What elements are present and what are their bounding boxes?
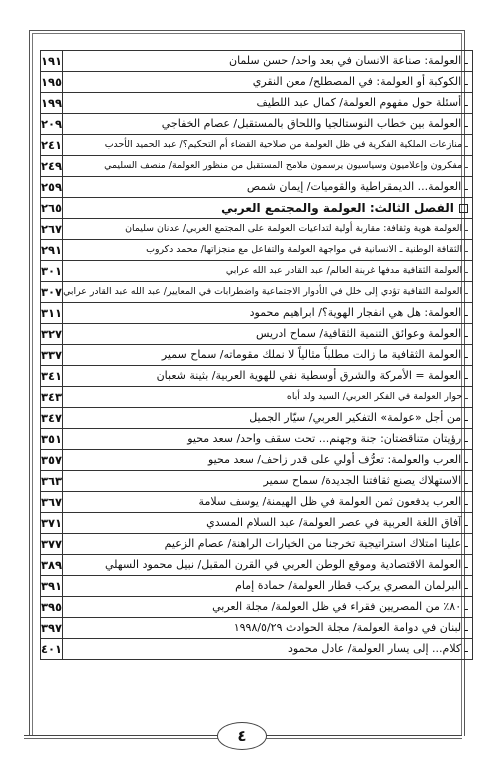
toc-entry-text: ـ حوار العولمة في الفكر العربي/ السيد ول…	[287, 391, 468, 402]
toc-entry-page: ١٩٥	[41, 72, 63, 93]
toc-entry-title: ـ البرلمان المصري يركب قطار العولمة/ حما…	[63, 576, 473, 597]
toc-entry-text: ـ العولمة: صناعة الانسان في بعد واحد/ حس…	[229, 54, 468, 67]
toc-entry-title: ـ أسئلة حول مفهوم العولمة/ كمال عبد اللط…	[63, 93, 473, 114]
toc-entry-page: ٢٠٩	[41, 114, 63, 135]
toc-entry-title: ـ العولمة وعوائق التنمية الثقافية/ سماح …	[63, 324, 473, 345]
toc-entry-title: ـ الثقافة الوطنية ـ الانسانية في مواجهة …	[63, 240, 473, 261]
toc-row: ـ آفاق اللغة العربية في عصر العولمة/ عبد…	[41, 513, 473, 534]
toc-row: ـ العولمة بين خطاب النوستالجيا واللحاق ب…	[41, 114, 473, 135]
toc-entry-page: ٣٣٧	[41, 345, 63, 366]
toc-row: ـ الثقافة الوطنية ـ الانسانية في مواجهة …	[41, 240, 473, 261]
toc-entry-page: ٤٠١	[41, 639, 63, 660]
toc-entry-text: ـ رؤيتان متناقضتان: جنة وجهنم... تحت سقف…	[187, 432, 468, 445]
toc-entry-title: الفصل الثالث: العولمة والمجتمع العربي	[63, 198, 473, 219]
toc-entry-title: ـ علينا امتلاك استراتيجية تخرجنا من الخي…	[63, 534, 473, 555]
toc-entry-title: ـ رؤيتان متناقضتان: جنة وجهنم... تحت سقف…	[63, 429, 473, 450]
toc-row: ـ رؤيتان متناقضتان: جنة وجهنم... تحت سقف…	[41, 429, 473, 450]
toc-row: ـ العرب والعولمة: تعرُّف أولي على قدر زا…	[41, 450, 473, 471]
toc-entry-page: ٣٦٣	[41, 471, 63, 492]
toc-entry-text: ـ الكوكبة أو العولمة: في المصطلح/ معن ال…	[253, 75, 468, 88]
toc-entry-text: ـ العولمة وعوائق التنمية الثقافية/ سماح …	[256, 327, 468, 340]
toc-entry-page: ٣٤١	[41, 366, 63, 387]
toc-entry-title: ـ كلام... إلى يسار العولمة/ عادل محمود	[63, 639, 473, 660]
toc-entry-page: ٣٧٧	[41, 534, 63, 555]
toc-entry-title: ـ العرب والعولمة: تعرُّف أولي على قدر زا…	[63, 450, 473, 471]
toc-row: ـ العولمة الثقافية ما زالت مطلباً مثاليا…	[41, 345, 473, 366]
toc-entry-text: ـ العولمة الاقتصادية وموقع الوطن العربي …	[105, 558, 468, 571]
toc-row: ـ العولمة الثقافية تؤدي إلى خلل في الأدو…	[41, 282, 473, 303]
toc-row: ـ العولمة... الديمقراطية والقوميات/ إيما…	[41, 177, 473, 198]
toc-entry-text: ـ العولمة بين خطاب النوستالجيا واللحاق ب…	[162, 117, 468, 130]
toc-entry-page: ٣٥١	[41, 429, 63, 450]
toc-entry-title: ـ لبنان في دوامة العولمة/ مجلة الحوادث ١…	[63, 618, 473, 639]
toc-row: ـ من أجل «عولمة» التفكير العربي/ سيّار ا…	[41, 408, 473, 429]
toc-entry-page: ٣٩٧	[41, 618, 63, 639]
toc-entry-text: الفصل الثالث: العولمة والمجتمع العربي	[221, 201, 454, 215]
square-bullet-icon	[459, 204, 468, 213]
toc-row: ـ منازعات الملكية الفكرية في ظل العولمة …	[41, 135, 473, 156]
toc-entry-page: ٣٩١	[41, 576, 63, 597]
toc-row: ـ ٨٠٪ من المصريين فقراء في ظل العولمة/ م…	[41, 597, 473, 618]
toc-entry-page: ٣٨٩	[41, 555, 63, 576]
toc-row: ـ العولمة الاقتصادية وموقع الوطن العربي …	[41, 555, 473, 576]
toc-entry-page: ٣١١	[41, 303, 63, 324]
toc-entry-page: ٢٤٩	[41, 156, 63, 177]
toc-entry-text: ـ لبنان في دوامة العولمة/ مجلة الحوادث ١…	[234, 621, 468, 634]
toc-row: ـ كلام... إلى يسار العولمة/ عادل محمود٤٠…	[41, 639, 473, 660]
toc-entry-text: ـ الثقافة الوطنية ـ الانسانية في مواجهة …	[146, 244, 468, 255]
toc-entry-text: ـ ٨٠٪ من المصريين فقراء في ظل العولمة/ م…	[212, 600, 468, 613]
toc-row: ـ علينا امتلاك استراتيجية تخرجنا من الخي…	[41, 534, 473, 555]
toc-row: ـ حوار العولمة في الفكر العربي/ السيد ول…	[41, 387, 473, 408]
toc-entry-page: ٣٦٧	[41, 492, 63, 513]
toc-entry-page: ٣٠٧	[41, 282, 63, 303]
toc-entry-page: ١٩١	[41, 51, 63, 72]
toc-entry-text: ـ من أجل «عولمة» التفكير العربي/ سيّار ا…	[249, 411, 468, 424]
toc-row: ـ مفكرون وإعلاميون وسياسيون يرسمون ملامح…	[41, 156, 473, 177]
toc-entry-text: ـ العرب يدفعون ثمن العولمة في ظل الهيمنة…	[199, 495, 468, 508]
toc-entry-title: ـ العولمة هوية وثقافة: مقاربة أولية لتدا…	[63, 219, 473, 240]
toc-entry-text: ـ العولمة الثقافية ما زالت مطلباً مثاليا…	[162, 348, 468, 361]
toc-entry-page: ٣٩٥	[41, 597, 63, 618]
toc-row: ـ العولمة: صناعة الانسان في بعد واحد/ حس…	[41, 51, 473, 72]
toc-entry-page: ١٩٩	[41, 93, 63, 114]
toc-entry-title: ـ مفكرون وإعلاميون وسياسيون يرسمون ملامح…	[63, 156, 473, 177]
toc-entry-page: ٢٥٩	[41, 177, 63, 198]
toc-entry-text: ـ كلام... إلى يسار العولمة/ عادل محمود	[288, 642, 468, 655]
toc-entry-page: ٣٢٧	[41, 324, 63, 345]
toc-entry-text: ـ منازعات الملكية الفكرية في ظل العولمة …	[105, 139, 468, 150]
toc-entry-title: ـ الاستهلاك يصنع ثقافتنا الجديدة/ سماح س…	[63, 471, 473, 492]
toc-entry-text: ـ البرلمان المصري يركب قطار العولمة/ حما…	[235, 579, 468, 592]
toc-entry-title: ـ الكوكبة أو العولمة: في المصطلح/ معن ال…	[63, 72, 473, 93]
toc-entry-title: ـ العولمة الاقتصادية وموقع الوطن العربي …	[63, 555, 473, 576]
toc-entry-text: ـ العولمة هوية وثقافة: مقاربة أولية لتدا…	[125, 223, 468, 234]
toc-entry-title: ـ آفاق اللغة العربية في عصر العولمة/ عبد…	[63, 513, 473, 534]
toc-entry-text: ـ مفكرون وإعلاميون وسياسيون يرسمون ملامح…	[104, 160, 468, 171]
toc-row: ـ العولمة وعوائق التنمية الثقافية/ سماح …	[41, 324, 473, 345]
toc-entry-text: ـ علينا امتلاك استراتيجية تخرجنا من الخي…	[165, 537, 468, 550]
toc-entry-page: ٣٤٧	[41, 408, 63, 429]
toc-entry-page: ٢٦٥	[41, 198, 63, 219]
toc-entry-text: ـ أسئلة حول مفهوم العولمة/ كمال عبد اللط…	[256, 96, 467, 109]
toc-entry-page: ٢٦٧	[41, 219, 63, 240]
toc-entry-text: ـ العولمة... الديمقراطية والقوميات/ إيما…	[247, 180, 468, 193]
toc-row: ـ الاستهلاك يصنع ثقافتنا الجديدة/ سماح س…	[41, 471, 473, 492]
toc-entry-title: ـ العرب يدفعون ثمن العولمة في ظل الهيمنة…	[63, 492, 473, 513]
toc-entry-title: ـ العولمة: هل هي انفجار الهوية؟/ ابراهيم…	[63, 303, 473, 324]
table-of-contents: ـ العولمة: صناعة الانسان في بعد واحد/ حس…	[40, 50, 473, 660]
toc-entry-title: ـ العولمة الثقافية تؤدي إلى خلل في الأدو…	[63, 282, 473, 303]
toc-entry-title: ـ ٨٠٪ من المصريين فقراء في ظل العولمة/ م…	[63, 597, 473, 618]
toc-entry-title: ـ منازعات الملكية الفكرية في ظل العولمة …	[63, 135, 473, 156]
toc-entry-title: ـ العولمة: صناعة الانسان في بعد واحد/ حس…	[63, 51, 473, 72]
toc-row: ـ أسئلة حول مفهوم العولمة/ كمال عبد اللط…	[41, 93, 473, 114]
toc-row: ـ الكوكبة أو العولمة: في المصطلح/ معن ال…	[41, 72, 473, 93]
toc-entry-page: ٣٤٣	[41, 387, 63, 408]
toc-entry-text: ـ آفاق اللغة العربية في عصر العولمة/ عبد…	[206, 516, 468, 529]
toc-entry-title: ـ من أجل «عولمة» التفكير العربي/ سيّار ا…	[63, 408, 473, 429]
toc-entry-page: ٣٠١	[41, 261, 63, 282]
toc-entry-page: ٣٥٧	[41, 450, 63, 471]
toc-row: ـ العولمة: هل هي انفجار الهوية؟/ ابراهيم…	[41, 303, 473, 324]
toc-entry-text: ـ العرب والعولمة: تعرُّف أولي على قدر زا…	[208, 453, 468, 466]
toc-row: ـ العولمة هوية وثقافة: مقاربة أولية لتدا…	[41, 219, 473, 240]
toc-row: ـ البرلمان المصري يركب قطار العولمة/ حما…	[41, 576, 473, 597]
toc-row: ـ العولمة = الأمركة والشرق أوسطية نفي لل…	[41, 366, 473, 387]
toc-entry-text: ـ الاستهلاك يصنع ثقافتنا الجديدة/ سماح س…	[264, 474, 468, 487]
toc-row: ـ لبنان في دوامة العولمة/ مجلة الحوادث ١…	[41, 618, 473, 639]
toc-row: ـ العولمة الثقافية مدفها غربنة العالم/ ع…	[41, 261, 473, 282]
page-number: ٤	[217, 722, 267, 750]
toc-entry-title: ـ العولمة الثقافية مدفها غربنة العالم/ ع…	[63, 261, 473, 282]
toc-entry-text: ـ العولمة الثقافية مدفها غربنة العالم/ ع…	[226, 265, 468, 276]
toc-row: ـ العرب يدفعون ثمن العولمة في ظل الهيمنة…	[41, 492, 473, 513]
toc-entry-title: ـ العولمة بين خطاب النوستالجيا واللحاق ب…	[63, 114, 473, 135]
toc-entry-title: ـ العولمة... الديمقراطية والقوميات/ إيما…	[63, 177, 473, 198]
toc-entry-text: ـ العولمة = الأمركة والشرق أوسطية نفي لل…	[157, 369, 468, 382]
toc-entry-title: ـ العولمة الثقافية ما زالت مطلباً مثاليا…	[63, 345, 473, 366]
toc-entry-text: ـ العولمة: هل هي انفجار الهوية؟/ ابراهيم…	[250, 306, 468, 319]
toc-entry-title: ـ حوار العولمة في الفكر العربي/ السيد ول…	[63, 387, 473, 408]
toc-entry-page: ٣٧١	[41, 513, 63, 534]
toc-entry-page: ٢٤١	[41, 135, 63, 156]
toc-body: ـ العولمة: صناعة الانسان في بعد واحد/ حس…	[41, 51, 473, 660]
toc-chapter-row: الفصل الثالث: العولمة والمجتمع العربي٢٦٥	[41, 198, 473, 219]
toc-entry-page: ٢٩١	[41, 240, 63, 261]
toc-entry-title: ـ العولمة = الأمركة والشرق أوسطية نفي لل…	[63, 366, 473, 387]
toc-entry-text: ـ العولمة الثقافية تؤدي إلى خلل في الأدو…	[63, 286, 468, 297]
